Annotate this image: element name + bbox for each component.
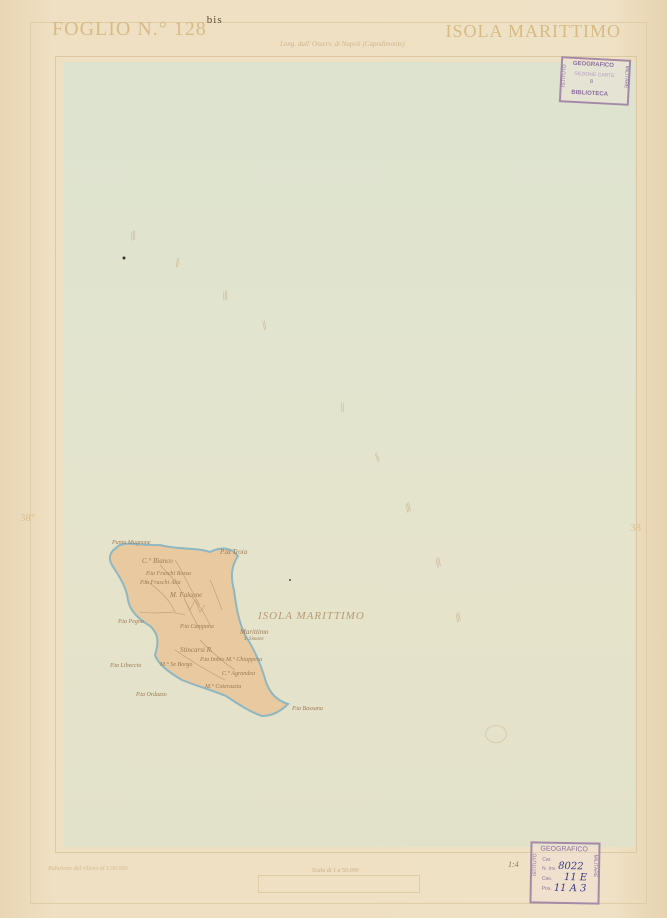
place-label: M.° Chiappera (226, 657, 262, 663)
place-label: S. Simone (244, 637, 264, 642)
island-name-label: ISOLA MARITTIMO (258, 610, 365, 622)
footer-note: Riduzione dal rilievo al 1:50.000 (48, 866, 128, 872)
case-number: 11 E (564, 872, 587, 883)
place-label: M.° Se Borgo (160, 662, 192, 668)
library-stamp-top: ISTITUTO GEOGRAFICO SEZIONE CARTE B BIBL… (559, 56, 631, 106)
stamp-line: B (590, 79, 594, 85)
place-label: P.ta Libeccio (110, 663, 141, 669)
place-label: C.° Agrandea (222, 671, 255, 677)
place-label: P.ta Fraschi Rossa (146, 571, 191, 577)
stamp-row-label: Pos. (542, 886, 552, 892)
place-label: P.ta Troia (220, 548, 247, 556)
place-label: P.ta Campana (180, 624, 214, 630)
place-label: P.ta Pegna (118, 619, 144, 625)
place-label: Marittimo (240, 628, 268, 636)
stamp-side-left: ISTITUTO (561, 64, 568, 87)
scale-bar (258, 875, 420, 893)
compass-rose (485, 725, 507, 743)
place-label: C.° Bianco (142, 557, 173, 565)
inventory-stamp-bottom: ISTITUTO GEOGRAFICO Car. N. Inv. 8022 Ca… (529, 841, 600, 904)
place-label: P.ta Ordazzo (136, 692, 167, 698)
position-number: 11 A 3 (554, 883, 587, 895)
place-label: M.° Coterazzia (205, 684, 241, 690)
page-mark: 1:4 (508, 860, 519, 869)
place-label: Punta Mugnone (112, 540, 151, 546)
stamp-footer: BIBLIOTECA (571, 90, 608, 98)
inventory-number: 8022 (558, 861, 584, 872)
place-label: P.ta Fraschi Alta (140, 580, 181, 586)
island-map (0, 0, 667, 918)
stamp-header: GEOGRAFICO (573, 61, 614, 69)
stamp-header: GEOGRAFICO (540, 846, 588, 854)
place-label: M. Falcone (170, 591, 202, 599)
stamp-side-left: ISTITUTO (532, 853, 538, 876)
place-label: P.ta Bassana (292, 706, 323, 712)
place-label: Stincarsi R. (180, 646, 213, 654)
stamp-row-label: N. Inv. (542, 866, 556, 872)
scale-title: Scala di 1 a 50.000 (312, 868, 359, 874)
place-label: P.ta Imbio (200, 657, 225, 663)
stamp-side-right: MILITARE (592, 854, 598, 877)
stamp-line: SEZIONE CARTE (574, 71, 614, 79)
stamp-row-label: Car. (542, 857, 551, 863)
stamp-side-right: MILITARE (623, 65, 630, 88)
stamp-row-label: Cas. (542, 876, 552, 882)
